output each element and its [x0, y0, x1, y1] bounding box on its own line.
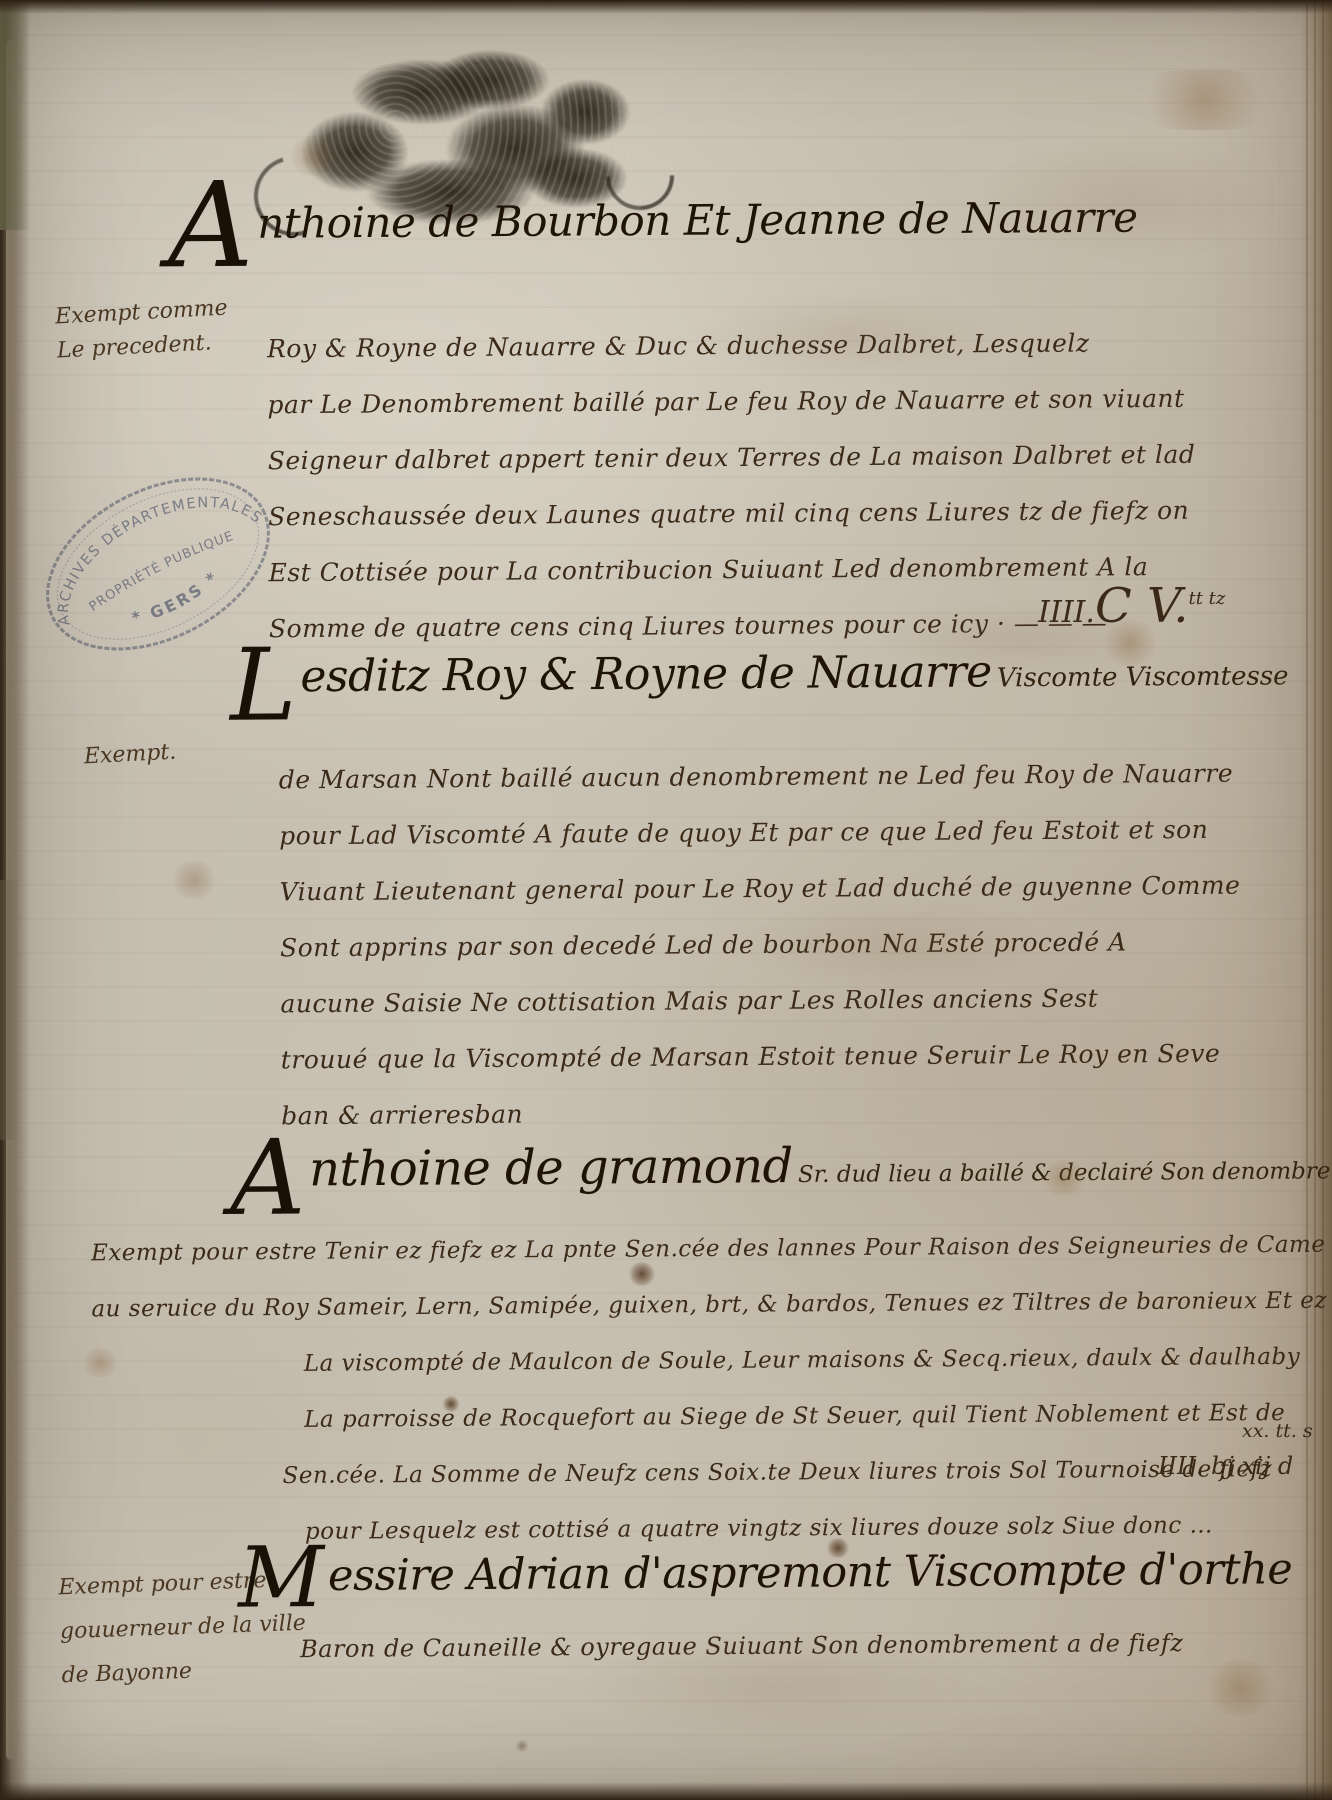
manuscript-line: La viscompté de Maulcon de Soule, Leur m… [92, 1330, 1328, 1395]
page-edge-top [0, 0, 1332, 14]
margin-note-line: de Bayonne [61, 1646, 308, 1699]
section-heading-roy-royne-navarre: Lesditz Roy & Royne de Nauarre Viscomte … [230, 644, 1289, 702]
page-edge-bottom [0, 1782, 1332, 1800]
amount-value: IIII. bj xij d [1158, 1452, 1293, 1480]
manuscript-line: au seruice du Roy Sameir, Lern, Samipée,… [91, 1274, 1327, 1339]
amount-prefix: IIII. [1038, 595, 1095, 630]
manuscript-line: Exempt pour estre Tenir ez fiefz ez La p… [91, 1218, 1327, 1283]
heading-suffix: Viscomte Viscomtesse [997, 661, 1289, 693]
section-heading-aspremont: Messire Adrian d'aspremont Viscompte d'o… [238, 1544, 1293, 1601]
manuscript-line: Baron de Cauneille & oyregaue Suiuant So… [300, 1615, 1184, 1677]
manuscript-page-photo: ARCHIVES DÉPARTEMENTALES PROPRIÉTÉ PUBLI… [0, 0, 1332, 1800]
section-heading-bourbon-navarre: Anthoine de Bourbon Et Jeanne de Nauarre [168, 193, 1138, 249]
margin-note-exempt-2: Exempt. [83, 736, 177, 775]
manuscript-line: aucune Saisie Ne cottisation Mais par Le… [280, 969, 1241, 1032]
heading-initial: A [230, 1116, 306, 1239]
manuscript-line: ban & arrieresban [281, 1081, 1242, 1144]
amount-value: C V. [1095, 578, 1189, 634]
amount-unit: xx. tt. s [1242, 1420, 1313, 1442]
manuscript-line: par Le Denombrement baillé par Le feu Ro… [267, 371, 1195, 433]
paragraph-4: Baron de Cauneille & oyregaue Suiuant So… [300, 1615, 1184, 1677]
amount-unit: tt tz [1188, 588, 1225, 609]
margin-note-exempt-1: Exempt comme Le precedent. [54, 292, 230, 369]
amount-405-livres: IIII.C V.tt tz [1038, 578, 1225, 634]
manuscript-line: Sont apprins par son decedé Led de bourb… [280, 913, 1241, 976]
amount-86-livres-12-sols: IIII. bj xij d [1158, 1452, 1293, 1480]
margin-note-line: Exempt. [83, 736, 177, 775]
manuscript-line: Roy & Royne de Nauarre & Duc & duchesse … [267, 315, 1195, 377]
heading-text: nthoine de Bourbon Et Jeanne de Nauarre [257, 193, 1138, 248]
binding-patch [0, 880, 20, 1140]
heading-initial: M [238, 1528, 325, 1627]
manuscript-line: trouué que la Viscompté de Marsan Estoit… [281, 1025, 1242, 1088]
manuscript-line: de Marsan Nont baillé aucun denombrement… [279, 745, 1240, 808]
heading-initial: A [168, 156, 254, 295]
amount-sols-sup: xx. tt. s [1242, 1420, 1313, 1442]
manuscript-line: Seigneur dalbret appert tenir deux Terre… [268, 427, 1196, 489]
manuscript-line: pour Lad Viscomté A faute de quoy Et par… [279, 801, 1240, 864]
manuscript-line: La parroisse de Rocquefort au Siege de S… [92, 1386, 1328, 1451]
heading-suffix: Sr. dud lieu a baillé & declairé Son den… [798, 1158, 1332, 1188]
manuscript-line: Seneschaussée deux Launes quatre mil cin… [268, 483, 1196, 545]
stain [515, 1740, 529, 1752]
paragraph-2: de Marsan Nont baillé aucun denombrement… [279, 745, 1242, 1144]
heading-text: esditz Roy & Royne de Nauarre [300, 646, 992, 702]
heading-text: essire Adrian d'aspremont Viscompte d'or… [328, 1544, 1293, 1601]
section-heading-gramond: Anthoine de gramond Sr. dud lieu a baill… [230, 1134, 1332, 1198]
manuscript-line: Viuant Lieutenant general pour Le Roy et… [279, 857, 1240, 920]
heading-text: nthoine de gramond [309, 1138, 793, 1197]
manuscript-line: Sen.cée. La Somme de Neufz cens Soix.te … [92, 1442, 1328, 1507]
stain [168, 860, 220, 900]
paragraph-3: Exempt pour estre Tenir ez fiefz ez La p… [91, 1218, 1329, 1563]
binding-corner [0, 0, 30, 230]
rust-streak [1130, 70, 1280, 130]
stain [1200, 1660, 1280, 1716]
heading-initial: L [230, 626, 297, 743]
